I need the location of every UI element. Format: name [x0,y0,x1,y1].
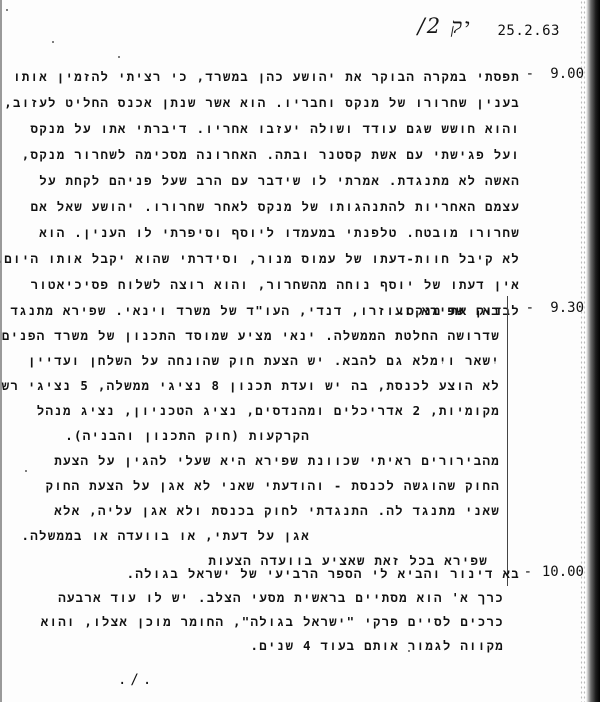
entry-line: הקרקעות (חוק התכנון והבניה). [30,423,500,448]
entry-text: באו שפירא ועוזרו, דנדי, העו"ד של משרד וי… [30,298,500,573]
entry-line: מקווה לגמור אותם בעוד 4 שנים. [50,634,520,658]
scan-edge-shadow [586,0,600,702]
entry-line: ועל פגישתי עם אשת קסטנר ובתה. האחרונה מס… [50,142,520,168]
entry-dash: - [526,300,534,316]
entry-line: כרכים לסיים פרקי "ישראל בגולה", החומר מו… [50,610,520,634]
diary-entry-0900: 9.00 - תפסתי במקרה הבוקר את יהושע כהן במ… [24,64,584,334]
entry-line: תפסתי במקרה הבוקר את יהושע כהן במשרד, כי… [50,64,520,90]
entry-line: והוא חושש שגם עודד ושולה יעזבו אחריו. די… [50,116,520,142]
entry-line: אגן על דעתי, או בוועדה או בממשלה. [30,523,500,548]
scan-speck [408,650,410,652]
entry-line: בענין שחרורו של מנקס וחבריו. הוא אשר שנת… [50,90,520,116]
entry-line: שאני מתנגד לה. התנגדתי לחוק בכנסת ולא אג… [30,498,500,523]
entry-line: החוק שהוגשה לכנסת - והודעתי שאני לא אגן … [30,473,500,498]
diary-entry-1000: 10.00 - בא דינור והביא לי הספר הרביעי של… [24,562,584,672]
entry-line: האשה לא מתנגדת. אמרתי לו שידבר עם הרב שע… [50,168,520,194]
entry-line: כרך א' הוא מסתיים בראשית מסעי הצלב. יש ל… [50,586,520,610]
entry-text: תפסתי במקרה הבוקר את יהושע כהן במשרד, כי… [50,64,520,324]
entry-time: 10.00 [542,564,584,580]
entry-line: מקומיות, 2 אדריכלים ומהנדסים, נציג הטכני… [30,398,500,423]
continuation-marker: ./. [118,672,155,688]
page-header: יק 2/ 25.2.63 [418,14,560,39]
entry-text: בא דינור והביא לי הספר הרביעי של ישראל ב… [50,562,520,658]
page-date: 25.2.63 [497,23,560,39]
entry-line: עצמם האחריות להתנהגותו של מנקס לאחר שחרו… [50,194,520,220]
entry-line: בא דינור והביא לי הספר הרביעי של ישראל ב… [50,562,520,586]
entry-line: אין דעתו של יוסף נוחה מהשחרור, והוא רוצה… [50,272,520,298]
entry-time: 9.30 [550,300,584,316]
entry-line: יִשאר ויִמלא גם להבא. יש הצעת חוק שהונחה… [30,348,500,373]
entry-line: לא הוצע לכנסת, בה יש ועדת תכנון 8 נציגי … [30,373,500,398]
entry-dash: - [526,66,534,82]
entry-line: מהבירורים ראיתי שכוונת שפירא היא שעלי לה… [30,448,500,473]
page-left-border [0,0,2,702]
scan-speck [6,9,8,11]
handwritten-page-mark: יק 2/ [418,14,472,39]
entry-line: שחרורו מובטח. טלפנתי במעמדו ליוסף וסיפרת… [50,220,520,246]
entry-line: שדרושה החלטת הממשלה. ינאי מציע שמוסד התכ… [30,323,500,348]
diary-entry-0930: 9.30 - באו שפירא ועוזרו, דנדי, העו"ד של … [24,298,584,528]
entry-line: לא קיבל חוות-דעתו של עמוס מנור, וסידרתי … [50,246,520,272]
scanned-document-page: יק 2/ 25.2.63 9.00 - תפסתי במקרה הבוקר א… [0,0,600,702]
entry-line: באו שפירא ועוזרו, דנדי, העו"ד של משרד וי… [30,298,500,323]
scan-speck [25,470,27,472]
scan-speck [52,41,54,43]
margin-vertical-line [507,296,508,586]
scan-speck [118,56,120,58]
entry-dash: - [524,564,532,580]
entry-time: 9.00 [550,66,584,82]
